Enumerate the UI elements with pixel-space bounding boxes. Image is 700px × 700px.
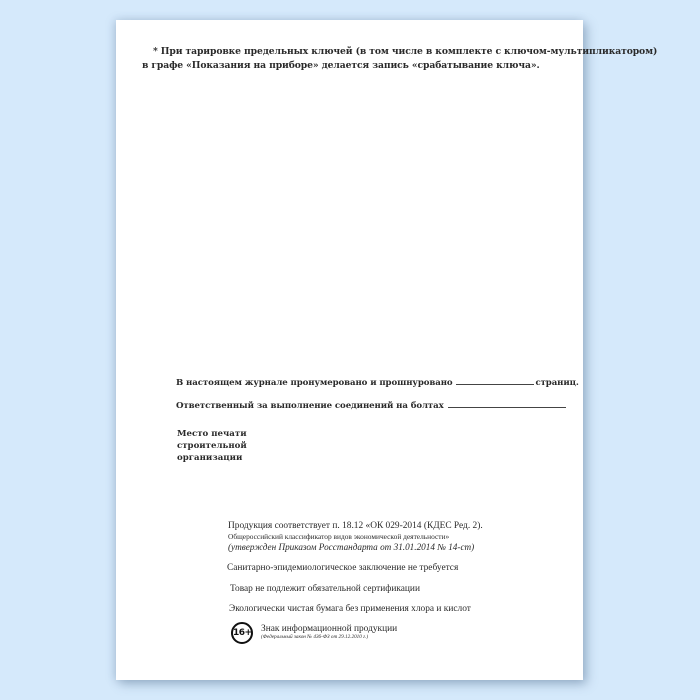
compliance-block: Продукция соответствует п. 18.12 «ОК 029… — [228, 521, 483, 553]
certification-note: Товар не подлежит обязательной сертифика… — [230, 584, 420, 594]
compliance-line-1: Продукция соответствует п. 18.12 «ОК 029… — [228, 521, 483, 532]
compliance-line-2: Общероссийский классификатор видов эконо… — [228, 532, 483, 542]
footnote: * При тарировке предельных ключей (в том… — [142, 45, 657, 73]
stamp-placeholder: Место печати строительной организации — [177, 428, 247, 464]
responsible-person-label: Ответственный за выполнение соединений н… — [176, 401, 444, 411]
info-sign-law: (Федеральный закон № 436-ФЗ от 29.12.201… — [261, 634, 397, 641]
footnote-line-1: * При тарировке предельных ключей (в том… — [142, 45, 657, 59]
compliance-line-3: (утвержден Приказом Росстандарта от 31.0… — [228, 542, 483, 553]
info-product-sign: Знак информационной продукции (Федеральн… — [261, 624, 397, 641]
pages-numbered-label: В настоящем журнале пронумеровано и прош… — [176, 378, 453, 388]
responsible-person-blank-field[interactable] — [448, 398, 566, 408]
footnote-line-2: в графе «Показания на приборе» делается … — [142, 59, 657, 73]
pages-suffix: страниц. — [535, 378, 578, 388]
sanitary-note: Санитарно-эпидемиологическое заключение … — [227, 563, 458, 573]
page-count-blank-field[interactable] — [456, 375, 534, 385]
document-page: * При тарировке предельных ключей (в том… — [116, 20, 583, 680]
pages-numbered-line: В настоящем журнале пронумеровано и прош… — [176, 375, 579, 388]
stamp-line-3: организации — [177, 452, 247, 464]
info-sign-label: Знак информационной продукции — [261, 624, 397, 634]
age-rating-icon: 16+ — [231, 622, 253, 644]
responsible-person-line: Ответственный за выполнение соединений н… — [176, 398, 567, 411]
stamp-line-2: строительной — [177, 440, 247, 452]
stamp-line-1: Место печати — [177, 428, 247, 440]
eco-paper-note: Экологически чистая бумага без применени… — [229, 604, 471, 614]
